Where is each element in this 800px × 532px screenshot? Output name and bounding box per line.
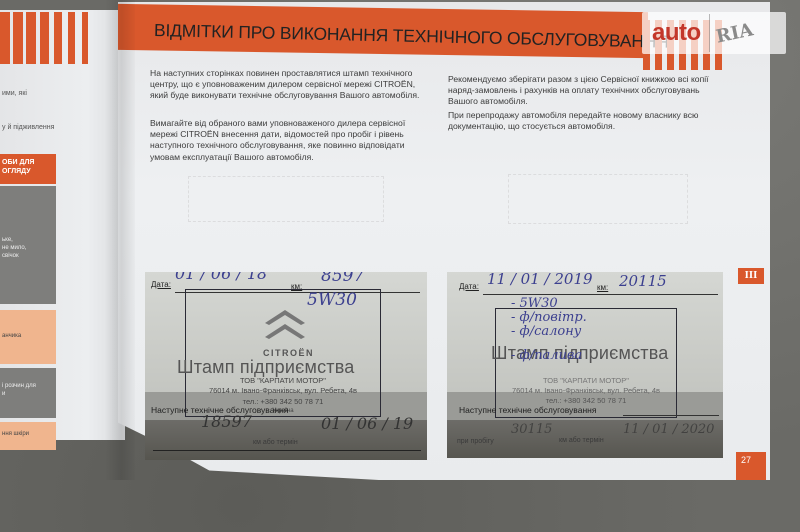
stamp-address: 76014 м. Івано-Франківськ, вул. Ребета, …	[185, 386, 381, 395]
handwritten-note: - ф/палива	[511, 348, 582, 363]
stamp-company: ТОВ "КАРПАТИ МОТОР"	[495, 376, 677, 385]
next-date-value: 01 / 06 / 19	[321, 414, 413, 433]
handwritten-note: - ф/салону	[511, 324, 581, 339]
left-peach-block: анчика	[0, 310, 56, 364]
km-value: 8597	[321, 272, 364, 286]
instruction-paragraph: Вимагайте від обраного вами уповноважено…	[150, 118, 430, 163]
autoria-watermark: auto RIA	[642, 12, 786, 54]
citroen-chevrons-icon	[263, 306, 307, 344]
stamp-placeholder-text: Штамп підприємства	[177, 357, 355, 378]
service-record-1: Дата: 01 / 06 / 18 км: 8597 5W30 CITROËN…	[145, 272, 427, 460]
decorative-stripes	[0, 12, 118, 64]
service-record-2: Дата: 11 / 01 / 2019 км: 20115 - 5W30 - …	[447, 272, 723, 458]
left-orange-heading: ОБИ ДЛЯ ОГЛЯДУ	[0, 154, 56, 184]
stamp-phone: тел.: +380 342 50 78 71	[495, 396, 677, 405]
watermark-auto: auto	[642, 19, 701, 47]
handwritten-note: - ф/повітр.	[511, 310, 587, 325]
mileage-label: при пробігу	[457, 438, 494, 445]
next-service-label: Наступне технічне обслуговування	[459, 405, 596, 415]
recommendation-paragraph: Рекомендуємо зберігати разом з цією Серв…	[448, 74, 728, 108]
date-label: Дата:	[151, 280, 171, 289]
left-text-fragment: ими, які	[2, 90, 27, 97]
handwritten-note: - 5W30	[511, 296, 558, 311]
watermark-ria: RIA	[714, 19, 755, 47]
section-tab: III	[738, 268, 764, 284]
km-or-term-label: км або термін	[559, 437, 604, 444]
left-gray-block-2: і розчин для и	[0, 368, 56, 418]
next-km-value: 30115	[511, 422, 552, 437]
km-label: км:	[597, 283, 608, 292]
stamp-company: ТОВ "КАРПАТИ МОТОР"	[185, 376, 381, 385]
km-value: 20115	[619, 272, 667, 290]
faded-stamp-area	[188, 176, 384, 222]
book-spine-shadow	[105, 0, 135, 480]
stamp-address: 76014 м. Івано-Франківськ, вул. Ребета, …	[495, 386, 677, 395]
next-date-value: 11 / 01 / 2020	[623, 422, 714, 437]
recommendation-paragraph: При перепродажу автомобіля передайте нов…	[448, 110, 728, 132]
page-number: 27	[736, 452, 766, 482]
left-text-fragment: у й підживлення	[2, 124, 54, 131]
date-value: 01 / 06 / 18	[175, 272, 267, 283]
left-peach-block-2: ння шкіри	[0, 422, 56, 450]
date-label: Дата:	[459, 282, 479, 291]
faded-stamp-area	[508, 174, 688, 224]
date-value: 11 / 01 / 2019	[487, 272, 593, 288]
instruction-paragraph: На наступних сторінках повинен проставля…	[150, 68, 430, 102]
next-km-value: 18597	[201, 412, 252, 431]
left-gray-block: ьке, не мило, свічок	[0, 186, 56, 304]
km-or-term-label: км або термін	[253, 439, 298, 446]
